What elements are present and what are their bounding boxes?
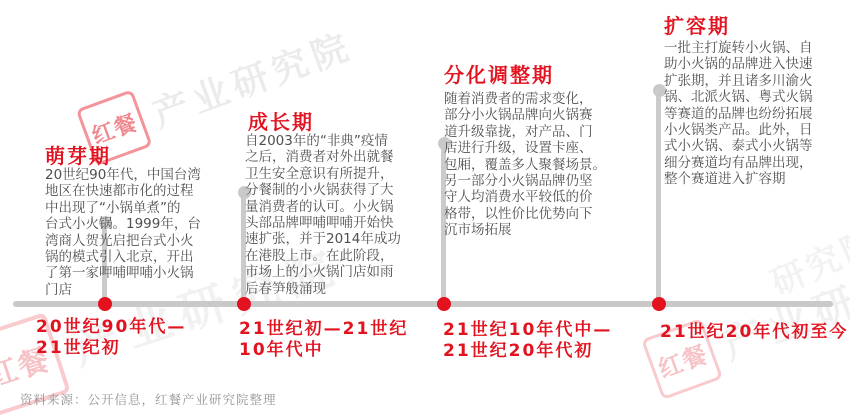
timeline-infographic: 红餐 产业研究院 红餐 产业研究院 红餐 产业研究院 研究院 萌芽期 20世纪9… xyxy=(0,0,850,417)
phase-description: 一批主打旋转小火锅、自 助小火锅的品牌进入快速 扩张期，并且诸多川渝火 锅、北派… xyxy=(664,40,813,188)
connector-line xyxy=(656,90,661,304)
phase-date-range: 21世纪10年代中— 21世纪20年代初 xyxy=(443,320,612,362)
phase-title: 分化调整期 xyxy=(444,59,554,88)
watermark-group: 红餐 产业研究院 xyxy=(641,232,850,400)
timeline-axis xyxy=(13,301,833,307)
phase-date-range: 21世纪初—21世纪 10年代中 xyxy=(239,319,408,361)
phase-date-range: 20世纪90年代— 21世纪初 xyxy=(36,317,186,359)
timeline-dot-icon xyxy=(98,297,112,311)
timeline-dot-icon xyxy=(437,297,451,311)
source-note: 资料来源：公开信息，红餐产业研究院整理 xyxy=(20,390,277,408)
timeline-dot-icon xyxy=(652,297,666,311)
watermark-org-text: 研究院 xyxy=(762,214,850,305)
watermark-group: 研究院 xyxy=(762,214,850,305)
phase-title: 萌芽期 xyxy=(45,140,111,169)
phase-description: 自2003年的“非典”疫情 之后，消费者对外出就餐 卫生安全意识有所提升， 分餐… xyxy=(245,133,401,297)
phase-description: 20世纪90年代，中国台湾 地区在快速都市化的过程 中出现了“小锅单煮”的 台式… xyxy=(45,167,201,298)
phase-description: 随着消费者的需求变化， 部分小火锅品牌向火锅赛 道升级靠拢，对产品、门 店进行升… xyxy=(444,91,606,239)
phase-title: 扩容期 xyxy=(664,10,730,39)
phase-title: 成长期 xyxy=(248,106,314,135)
timeline-dot-icon xyxy=(237,297,251,311)
phase-date-range: 21世纪20年代初至今 xyxy=(660,322,848,343)
